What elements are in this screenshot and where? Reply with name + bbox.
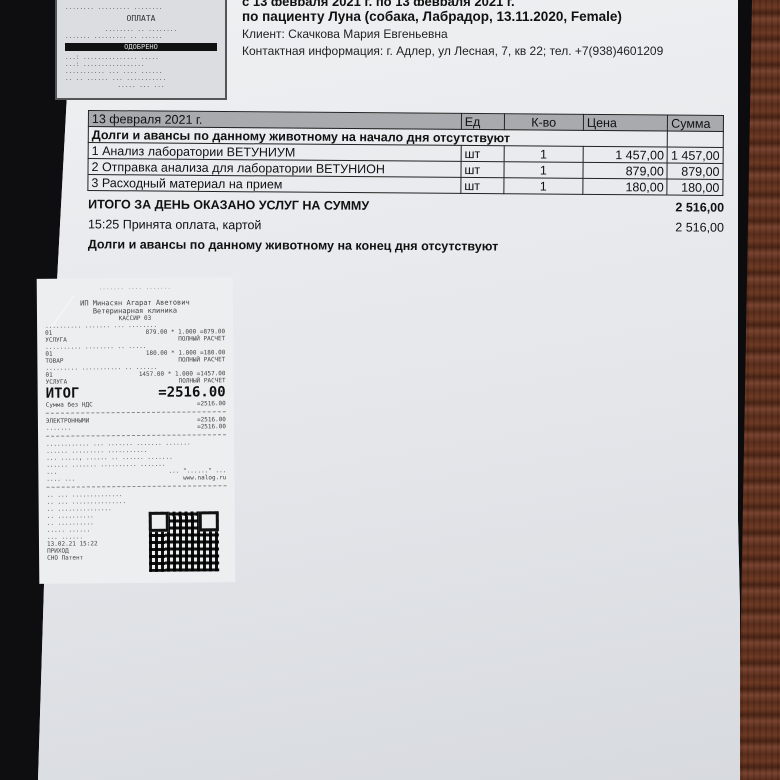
closing-note: Долги и авансы по данному животному на к… [88, 237, 498, 253]
invoice-summary: ИТОГО ЗА ДЕНЬ ОКАЗАНО УСЛУГ НА СУММУ 2 5… [88, 194, 724, 257]
col-sum: Сумма [668, 115, 724, 131]
slip-status: ОДОБРЕНО [65, 43, 217, 51]
contact-info: Контактная информация: г. Адлер, ул Лесн… [242, 44, 722, 58]
payment-value: 2 516,00 [675, 220, 724, 234]
cash-receipt: ....... .... ....... ИП Минасян Araрат А… [37, 277, 236, 584]
col-qty: К-во [504, 114, 583, 131]
qr-code [149, 511, 220, 572]
receipt-item: .......... ....... ... ........ 01879.00… [45, 321, 225, 344]
slip-title: ОПЛАТА [65, 14, 217, 23]
total-value: 2 516,00 [675, 200, 724, 214]
services-table: 13 февраля 2021 г. Ед К-во Цена Сумма До… [87, 110, 724, 196]
col-price: Цена [583, 114, 667, 131]
col-unit: Ед [461, 113, 504, 129]
patient-info: по пациенту Луна (собака, Лабрадор, 13.1… [242, 9, 722, 24]
receipt-item: .......... ........ .. ..... 01180.00 * … [45, 342, 225, 365]
receipt-total: ИТОГ=2516.00 [46, 384, 226, 402]
invoice-period: с 13 февраля 2021 г. по 13 февраля 2021 … [242, 0, 722, 6]
receipt-item: ......... ........... .. ...... 011457.0… [45, 363, 225, 386]
payment-label: 15:25 Принята оплата, картой [88, 217, 261, 232]
card-payment-slip: ........ ......... ........ ОПЛАТА .....… [55, 0, 227, 100]
client-name: Клиент: Скачкова Мария Евгеньевна [242, 27, 722, 41]
total-label: ИТОГО ЗА ДЕНЬ ОКАЗАНО УСЛУГ НА СУММУ [88, 197, 369, 212]
invoice-header: с 13 февраля 2021 г. по 13 февраля 2021 … [242, 0, 722, 58]
